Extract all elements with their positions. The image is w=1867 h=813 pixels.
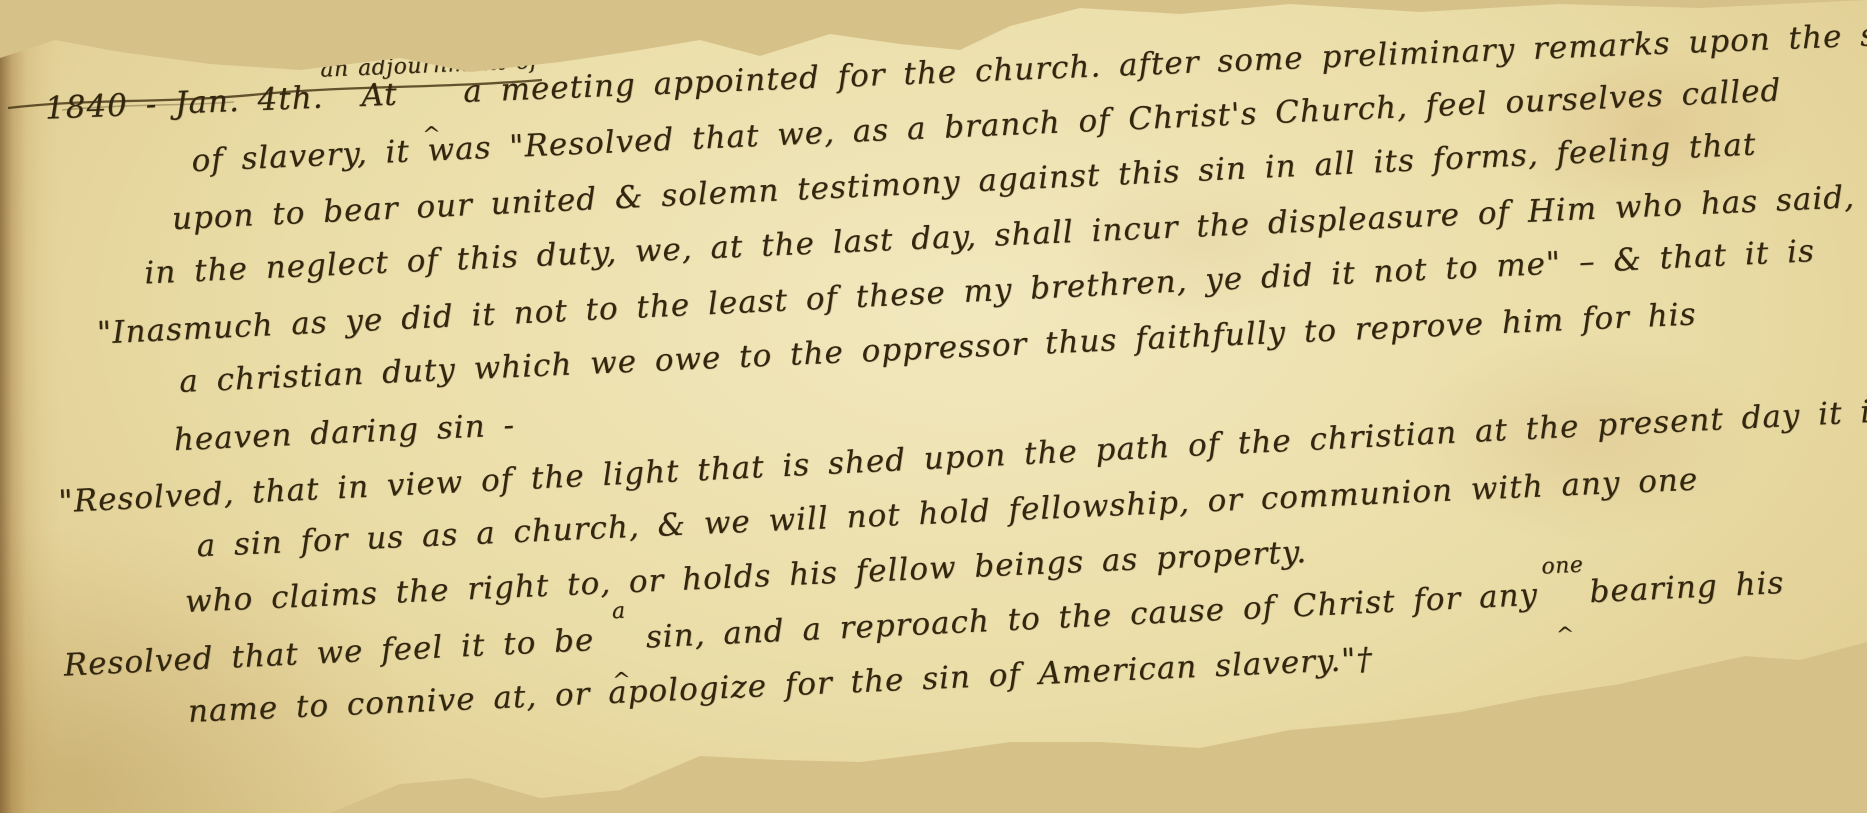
caret-mark: ^: [1556, 625, 1576, 646]
interlinear-insertion: a ^: [612, 647, 628, 649]
inserted-text: one: [1541, 555, 1584, 579]
handwriting-block: 1840 - Jan. 4th. At an adjournment of ^ …: [38, 5, 1867, 745]
interlinear-insertion: an adjournment of ^: [416, 102, 446, 104]
line-text: At: [361, 77, 399, 114]
line-text: heaven daring sin -: [173, 407, 516, 458]
inserted-text: a: [611, 601, 626, 624]
caret-mark: ^: [422, 125, 442, 146]
manuscript-photo: 1840 - Jan. 4th. At an adjournment of ^ …: [0, 0, 1867, 813]
date-notation: 1840 - Jan. 4th.: [44, 80, 324, 127]
interlinear-insertion: one ^: [1556, 602, 1572, 604]
line-text: bearing his: [1589, 565, 1785, 610]
caret-mark: ^: [612, 670, 632, 691]
paper-sheet: 1840 - Jan. 4th. At an adjournment of ^ …: [0, 0, 1867, 813]
